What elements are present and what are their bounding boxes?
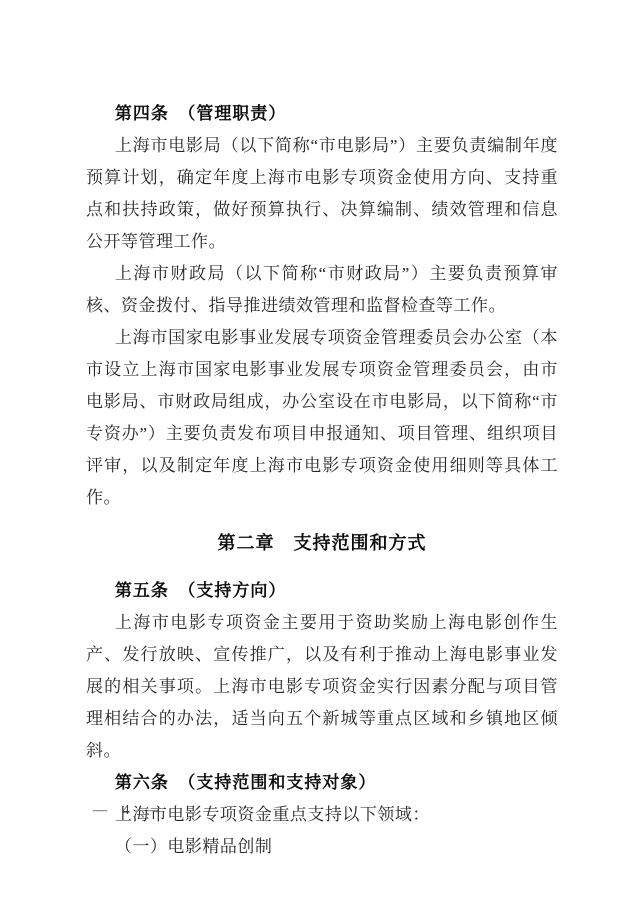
paragraph: 上海市国家电影事业发展专项资金管理委员会办公室（本市设立上海市国家电影事业发展专… — [86, 322, 558, 514]
paragraph: 上海市电影局（以下简称“市电影局”）主要负责编制年度预算计划，确定年度上海市电影… — [86, 130, 558, 258]
document-page: 第四条 （管理职责）上海市电影局（以下简称“市电影局”）主要负责编制年度预算计划… — [0, 0, 635, 898]
article-heading: 第四条 （管理职责） — [86, 98, 558, 130]
chapter-heading: 第二章 支持范围和方式 — [86, 527, 558, 559]
paragraph: （一）电影精品创制 — [86, 831, 558, 863]
document-content: 第四条 （管理职责）上海市电影局（以下简称“市电影局”）主要负责编制年度预算计划… — [86, 98, 558, 863]
article-heading: 第六条 （支持范围和支持对象） — [86, 767, 558, 799]
paragraph: 上海市电影专项资金主要用于资助奖励上海电影创作生产、发行放映、宣传推广，以及有利… — [86, 607, 558, 767]
paragraph: 上海市财政局（以下简称“市财政局”）主要负责预算审核、资金拨付、指导推进绩效管理… — [86, 258, 558, 322]
article-heading: 第五条 （支持方向） — [86, 575, 558, 607]
page-number: — 4 — — [93, 803, 161, 819]
